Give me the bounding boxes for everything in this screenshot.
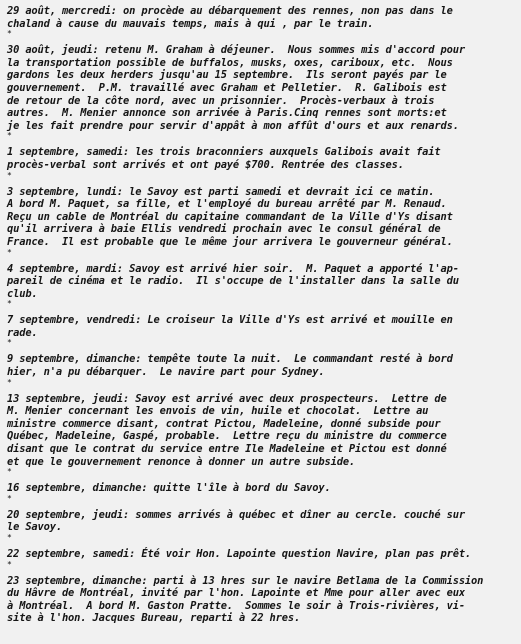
diary-entries: 29 août, mercredi: on procède au débarqu… [7,5,521,625]
entry-text-line: France. Il est probable que le même jour… [7,236,521,249]
entry-text-line: 1 septembre, samedi: les trois braconnie… [7,146,521,159]
entry-text-line: hier, n'a pu débarquer. Le navire part p… [7,366,521,379]
entry-text-line: le Savoy. [7,521,521,534]
entry-separator-asterisk: * [7,534,521,541]
entry-text-line: 7 septembre, vendredi: Le croiseur la Vi… [7,314,521,327]
entry-separator-asterisk: * [7,172,521,179]
entry-text-line: 29 août, mercredi: on procède au débarqu… [7,5,521,18]
diary-entry: 7 septembre, vendredi: Le croiseur la Vi… [7,314,521,346]
entry-separator-asterisk: * [7,379,521,386]
diary-entry: 13 septembre, jeudi: Savoy est arrivé av… [7,393,521,476]
entry-separator-asterisk: * [7,249,521,256]
entry-text-line: à Montréal. A bord M. Gaston Pratte. Som… [7,600,521,613]
entry-text-line: du Hâvre de Montréal, invité par l'hon. … [7,587,521,600]
diary-entry: 9 septembre, dimanche: tempête toute la … [7,353,521,385]
diary-entry: 23 septembre, dimanche: parti à 13 hres … [7,575,521,625]
entry-text-line: gardons les deux herders jusqu'au 15 sep… [7,69,521,82]
entry-text-line: club. [7,288,521,301]
entry-text-line: autres. M. Menier annonce son arrivée à … [7,107,521,120]
entry-text-line: qu'il arrivera à baie Ellis vendredi pro… [7,223,521,236]
entry-text-line: 20 septembre, jeudi: sommes arrivés à qu… [7,509,521,522]
entry-text-line: 13 septembre, jeudi: Savoy est arrivé av… [7,393,521,406]
entry-text-line: et que le gouvernement renonce à donner … [7,456,521,469]
entry-text-line: 4 septembre, mardi: Savoy est arrivé hie… [7,263,521,276]
entry-text-line: gouvernement. P.M. travaillé avec Graham… [7,82,521,95]
entry-text-line: de retour de la côte nord, avec un priso… [7,95,521,108]
entry-text-line: Reçu un cable de Montréal du capitaine c… [7,211,521,224]
entry-separator-asterisk: * [7,561,521,568]
entry-text-line: procès-verbal sont arrivés et ont payé $… [7,159,521,172]
entry-text-line: M. Menier concernant les envois de vin, … [7,405,521,418]
typewritten-diary-page: 29 août, mercredi: on procède au débarqu… [0,0,521,644]
entry-text-line: pareil de cinéma et le radio. Il s'occup… [7,275,521,288]
entry-text-line: je les fait prendre pour servir d'appât … [7,120,521,133]
entry-text-line: site à l'hon. Jacques Bureau, reparti à … [7,612,521,625]
entry-text-line: Québec, Madeleine, Gaspé, probable. Lett… [7,430,521,443]
entry-text-line: 3 septembre, lundi: le Savoy est parti s… [7,186,521,199]
entry-text-line: disant que le contrat du service entre I… [7,443,521,456]
diary-entry: 30 août, jeudi: retenu M. Graham à déjeu… [7,44,521,139]
diary-entry: 16 septembre, dimanche: quitte l'île à b… [7,482,521,502]
entry-text-line: rade. [7,327,521,340]
entry-separator-asterisk: * [7,495,521,502]
entry-separator-asterisk: * [7,468,521,475]
diary-entry: 4 septembre, mardi: Savoy est arrivé hie… [7,263,521,308]
entry-text-line: ministre commerce disant, contrat Pictou… [7,418,521,431]
diary-entry: 22 septembre, samedi: Été voir Hon. Lapo… [7,548,521,568]
entry-text-line: 30 août, jeudi: retenu M. Graham à déjeu… [7,44,521,57]
entry-text-line: chaland à cause du mauvais temps, mais à… [7,18,521,31]
entry-text-line: la transportation possible de buffalos, … [7,57,521,70]
entry-separator-asterisk: * [7,339,521,346]
entry-separator-asterisk: * [7,300,521,307]
diary-entry: 20 septembre, jeudi: sommes arrivés à qu… [7,509,521,541]
entry-text-line: 22 septembre, samedi: Été voir Hon. Lapo… [7,548,521,561]
entry-text-line: 9 septembre, dimanche: tempête toute la … [7,353,521,366]
diary-entry: 29 août, mercredi: on procède au débarqu… [7,5,521,37]
entry-separator-asterisk: * [7,30,521,37]
entry-text-line: 16 septembre, dimanche: quitte l'île à b… [7,482,521,495]
entry-separator-asterisk: * [7,132,521,139]
diary-entry: 3 septembre, lundi: le Savoy est parti s… [7,186,521,256]
entry-text-line: A bord M. Paquet, sa fille, et l'employé… [7,198,521,211]
diary-entry: 1 septembre, samedi: les trois braconnie… [7,146,521,178]
entry-text-line: 23 septembre, dimanche: parti à 13 hres … [7,575,521,588]
